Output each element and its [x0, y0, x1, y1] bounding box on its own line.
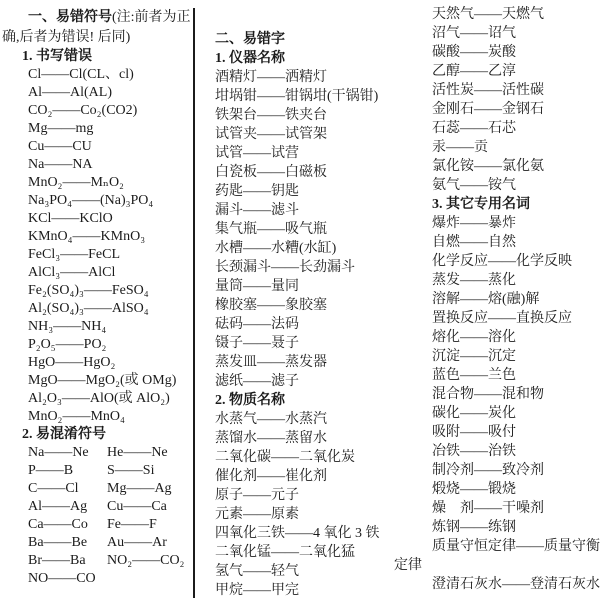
instrument-name-item: 滤纸——滤子 [207, 372, 393, 391]
other-term-item: 蓝色——兰色 [394, 366, 600, 385]
pair-cell: Br——Ba [28, 552, 107, 570]
pair-cell: Mg——Ag [107, 480, 186, 498]
document-page: 一、易错符号(注:前者为正确,后者为错误! 后同) 1. 书写错误 Cl——Cl… [0, 0, 600, 613]
other-term-item: 自燃——自然 [394, 233, 600, 252]
instrument-name-item: 镊子——聂子 [207, 334, 393, 353]
other-term-item: 碳化——炭化 [394, 404, 600, 423]
right-column: 天然气——天燃气沼气——诏气碳酸——炭酸乙醇——乙淳活性炭——活性碳金刚石——金… [394, 0, 600, 594]
other-term-item: 爆炸——暴炸 [394, 214, 600, 233]
writing-error-item: MnO₂——MₙO₂ [2, 174, 196, 192]
writing-error-item: KCl——KClO [2, 210, 196, 228]
left-column: 一、易错符号(注:前者为正确,后者为错误! 后同) 1. 书写错误 Cl——Cl… [2, 0, 196, 588]
substance-name-item: 二氧化碳——二氧化炭 [207, 448, 393, 467]
confusable-symbols-title: 2. 易混淆符号 [2, 426, 196, 444]
writing-error-item: Na₃PO₄——(Na)₃PO₄ [2, 192, 196, 210]
instrument-name-item: 集气瓶——吸气瓶 [207, 220, 393, 239]
writing-error-item: MgO——MgO₂(或 OMg) [2, 372, 196, 390]
pair-cell: He——Ne [107, 444, 186, 462]
other-term-item: 炼钢——练钢 [394, 518, 600, 537]
substance-names-continued-list: 天然气——天燃气沼气——诏气碳酸——炭酸乙醇——乙淳活性炭——活性碳金刚石——金… [394, 5, 600, 195]
section1-heading: 一、易错符号(注:前者为正确,后者为错误! 后同) [2, 8, 196, 48]
pair-cell: Al——Ag [28, 498, 107, 516]
other-term-item: 燥 剂——干噪剂 [394, 499, 600, 518]
instrument-name-item: 铁架台——铁夹台 [207, 106, 393, 125]
pair-cell: NO₂——CO₂ [107, 552, 186, 570]
writing-error-item: Cl——Cl(CL、cl) [2, 66, 196, 84]
instrument-names-title: 1. 仪器名称 [207, 49, 393, 68]
writing-error-item: NH₃——NH₄ [2, 318, 196, 336]
instrument-name-item: 白瓷板——白磁板 [207, 163, 393, 182]
substance-name-item: 天然气——天燃气 [394, 5, 600, 24]
other-term-item: 混合物——混和物 [394, 385, 600, 404]
pair-cell: Cu——Ca [107, 498, 186, 516]
writing-error-item: AlCl₃——AlCl [2, 264, 196, 282]
substance-name-item: 二氧化锰——二氧化猛 [207, 543, 393, 562]
substance-name-item: 氯化铵——氯化氨 [394, 157, 600, 176]
substance-name-item: 金刚石——金钢石 [394, 100, 600, 119]
confusable-symbols-list: Na——NeHe——NeP——BS——SiC——ClMg——AgAl——AgCu… [2, 444, 196, 588]
pair-cell [107, 570, 186, 588]
other-term-item: 蒸发——蒸化 [394, 271, 600, 290]
pair-cell: C——Cl [28, 480, 107, 498]
confusable-pair-row: Na——NeHe——Ne [2, 444, 196, 462]
substance-names-list: 水蒸气——水蒸汽蒸馏水——蒸留水二氧化碳——二氧化炭催化剂——崔化剂原子——元子… [207, 410, 393, 600]
instrument-name-item: 坩埚钳——钳锅坩(干锅钳) [207, 87, 393, 106]
other-term-item: 制冷剂——致冷剂 [394, 461, 600, 480]
instrument-name-item: 砝码——法码 [207, 315, 393, 334]
pair-cell: Au——Ar [107, 534, 186, 552]
writing-error-item: KMnO₄——KMnO₃ [2, 228, 196, 246]
instrument-name-item: 试管——试营 [207, 144, 393, 163]
substance-names-title: 2. 物质名称 [207, 391, 393, 410]
other-term-item: 熔化——溶化 [394, 328, 600, 347]
instrument-name-item: 漏斗——滤斗 [207, 201, 393, 220]
pair-cell: Fe——F [107, 516, 186, 534]
substance-name-item: 原子——元子 [207, 486, 393, 505]
confusable-pair-row: C——ClMg——Ag [2, 480, 196, 498]
writing-error-item: Cu——CU [2, 138, 196, 156]
instrument-name-item: 蒸发皿——蒸发器 [207, 353, 393, 372]
other-term-item: 化学反应——化学反映 [394, 252, 600, 271]
pair-cell: NO——CO [28, 570, 107, 588]
writing-error-item: FeCl₃——FeCL [2, 246, 196, 264]
instrument-name-item: 试管夹——试管架 [207, 125, 393, 144]
writing-error-item: HgO——HgO₂ [2, 354, 196, 372]
other-term-item: 澄清石灰水——登清石灰水 [394, 575, 600, 594]
pair-cell: P——B [28, 462, 107, 480]
section2-title: 二、易错字 [207, 30, 393, 49]
pair-cell: Ca——Co [28, 516, 107, 534]
substance-name-item: 氢气——轻气 [207, 562, 393, 581]
other-term-item: 冶铁——治铁 [394, 442, 600, 461]
substance-name-item: 水蒸气——水蒸汽 [207, 410, 393, 429]
middle-column: 二、易错字 1. 仪器名称 酒精灯——洒精灯坩埚钳——钳锅坩(干锅钳)铁架台——… [207, 0, 393, 600]
substance-name-item: 沼气——诏气 [394, 24, 600, 43]
writing-error-item: P₂O₅——PO₂ [2, 336, 196, 354]
confusable-pair-row: Br——BaNO₂——CO₂ [2, 552, 196, 570]
instrument-names-list: 酒精灯——洒精灯坩埚钳——钳锅坩(干锅钳)铁架台——铁夹台试管夹——试管架试管—… [207, 68, 393, 391]
pair-cell: Ba——Be [28, 534, 107, 552]
writing-errors-list: Cl——Cl(CL、cl)Al——Al(AL)CO₂——Co₂(CO2)Mg——… [2, 66, 196, 426]
confusable-pair-row: Ba——BeAu——Ar [2, 534, 196, 552]
confusable-pair-row: Ca——CoFe——F [2, 516, 196, 534]
instrument-name-item: 橡胶塞——象胶塞 [207, 296, 393, 315]
other-term-item: 置换反应——直换反应 [394, 309, 600, 328]
writing-error-item: Al₂O₃——AlO(或 AlO₂) [2, 390, 196, 408]
other-term-item: 沉淀——沉定 [394, 347, 600, 366]
other-term-item: 溶解——熔(融)解 [394, 290, 600, 309]
other-term-item: 质量守恒定律——质量守衡定律 [394, 537, 600, 575]
substance-name-item: 蒸馏水——蒸留水 [207, 429, 393, 448]
substance-name-item: 汞——贡 [394, 138, 600, 157]
writing-error-item: Fe₂(SO₄)₃——FeSO₄ [2, 282, 196, 300]
writing-error-item: Mg——mg [2, 120, 196, 138]
instrument-name-item: 量筒——量同 [207, 277, 393, 296]
instrument-name-item: 药匙——钥匙 [207, 182, 393, 201]
section1-title: 一、易错符号 [28, 10, 112, 25]
other-terms-title: 3. 其它专用名词 [394, 195, 600, 214]
substance-name-item: 四氧化三铁——4 氧化 3 铁 [207, 524, 393, 543]
substance-name-item: 石蕊——石芯 [394, 119, 600, 138]
substance-name-item: 甲烷——甲完 [207, 581, 393, 600]
confusable-pair-row: NO——CO [2, 570, 196, 588]
other-terms-list: 爆炸——暴炸自燃——自然化学反应——化学反映蒸发——蒸化溶解——熔(融)解置换反… [394, 214, 600, 594]
confusable-pair-row: Al——AgCu——Ca [2, 498, 196, 516]
substance-name-item: 氨气——铵气 [394, 176, 600, 195]
instrument-name-item: 水槽——水糟(水缸) [207, 239, 393, 258]
substance-name-item: 元素——原素 [207, 505, 393, 524]
substance-name-item: 催化剂——崔化剂 [207, 467, 393, 486]
writing-error-item: Na——NA [2, 156, 196, 174]
writing-errors-title: 1. 书写错误 [2, 48, 196, 66]
writing-error-item: Al₂(SO₄)₃——AlSO₄ [2, 300, 196, 318]
pair-cell: Na——Ne [28, 444, 107, 462]
pair-cell: S——Si [107, 462, 186, 480]
substance-name-item: 活性炭——活性碳 [394, 81, 600, 100]
other-term-item: 吸附——吸付 [394, 423, 600, 442]
other-term-item: 煅烧——锻烧 [394, 480, 600, 499]
instrument-name-item: 酒精灯——洒精灯 [207, 68, 393, 87]
confusable-pair-row: P——BS——Si [2, 462, 196, 480]
substance-name-item: 碳酸——炭酸 [394, 43, 600, 62]
substance-name-item: 乙醇——乙淳 [394, 62, 600, 81]
instrument-name-item: 长颈漏斗——长劲漏斗 [207, 258, 393, 277]
writing-error-item: MnO₂——MnO₄ [2, 408, 196, 426]
writing-error-item: CO₂——Co₂(CO2) [2, 102, 196, 120]
writing-error-item: Al——Al(AL) [2, 84, 196, 102]
